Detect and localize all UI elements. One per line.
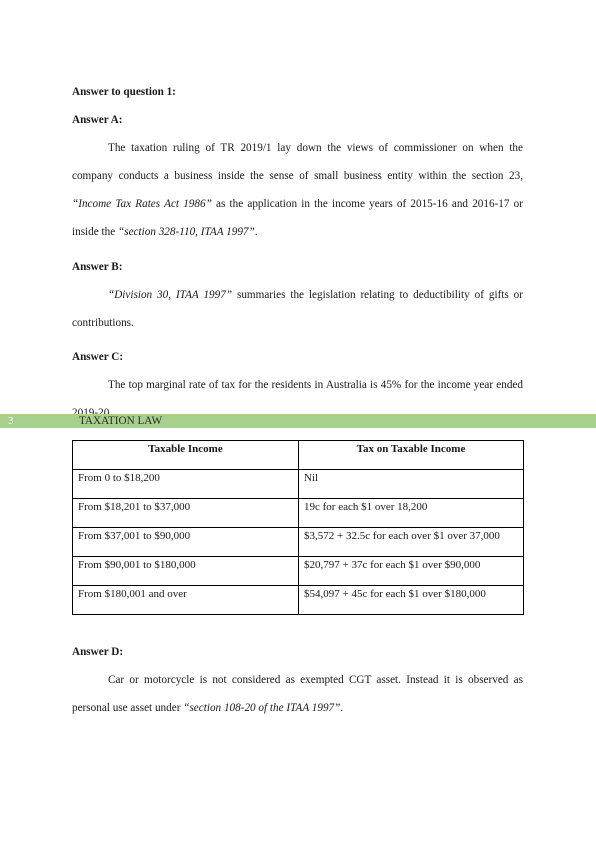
answer-c-heading: Answer C: (72, 350, 123, 364)
tax-amount-cell: $20,797 + 37c for each $1 over $90,000 (299, 557, 524, 586)
tax-rates-table: Taxable Income Tax on Taxable Income Fro… (72, 440, 524, 615)
answer-a-heading: Answer A: (72, 113, 122, 127)
tax-amount-cell: $3,572 + 32.5c for each over $1 over 37,… (299, 528, 524, 557)
tax-amount-cell: $54,097 + 45c for each $1 over $180,000 (299, 586, 524, 615)
income-range-cell: From $180,001 and over (73, 586, 299, 615)
table-row: From 0 to $18,200 Nil (73, 470, 524, 499)
answer-a-citation-1: “Income Tax Rates Act 1986” (72, 198, 212, 210)
answer-d-citation: “section 108-20 of the ITAA 1997” (183, 702, 340, 714)
running-title: TAXATION LAW (79, 414, 162, 428)
answer-a-citation-2: “section 328-110, ITAA 1997” (118, 226, 255, 238)
answer-b-paragraph: “Division 30, ITAA 1997” summaries the l… (72, 281, 523, 337)
answer-d-heading: Answer D: (72, 645, 123, 659)
table-row: From $18,201 to $37,000 19c for each $1 … (73, 499, 524, 528)
answer-c-text: The top marginal rate of tax for the res… (72, 379, 523, 419)
tax-amount-cell: 19c for each $1 over 18,200 (299, 499, 524, 528)
table-row: From $37,001 to $90,000 $3,572 + 32.5c f… (73, 528, 524, 557)
document-page: Answer to question 1: Answer A: The taxa… (0, 0, 596, 842)
table-row: From $90,001 to $180,000 $20,797 + 37c f… (73, 557, 524, 586)
income-range-cell: From $37,001 to $90,000 (73, 528, 299, 557)
column-header-taxable-income: Taxable Income (73, 441, 299, 470)
answer-b-citation: “Division 30, ITAA 1997” (108, 289, 232, 301)
answer-b-heading: Answer B: (72, 260, 122, 274)
page-number: 3 (8, 414, 14, 428)
answer-a-paragraph: The taxation ruling of TR 2019/1 lay dow… (72, 134, 523, 246)
column-header-tax-on-income: Tax on Taxable Income (299, 441, 524, 470)
income-range-cell: From 0 to $18,200 (73, 470, 299, 499)
answer-d-text-2: . (340, 702, 343, 714)
tax-amount-cell: Nil (299, 470, 524, 499)
income-range-cell: From $18,201 to $37,000 (73, 499, 299, 528)
answer-a-text: The taxation ruling of TR 2019/1 lay dow… (72, 142, 523, 182)
question-heading: Answer to question 1: (72, 85, 176, 99)
income-range-cell: From $90,001 to $180,000 (73, 557, 299, 586)
table-row: From $180,001 and over $54,097 + 45c for… (73, 586, 524, 615)
answer-a-text-3: . (255, 226, 258, 238)
answer-d-paragraph: Car or motorcycle is not considered as e… (72, 666, 523, 722)
table-header-row: Taxable Income Tax on Taxable Income (73, 441, 524, 470)
